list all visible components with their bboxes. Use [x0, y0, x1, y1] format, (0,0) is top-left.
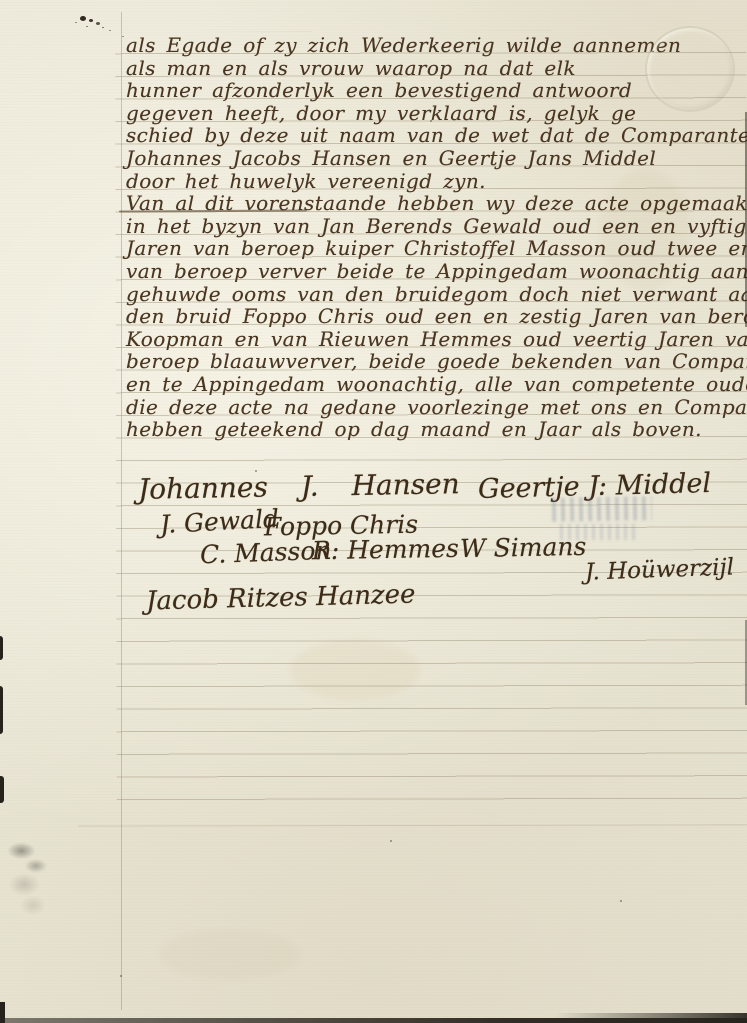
- manuscript-line: Jaren van beroep kuiper Christoffel Mass…: [126, 237, 747, 260]
- manuscript-line: in het byzyn van Jan Berends Gewald oud …: [126, 215, 747, 238]
- signature-bridegroom: Johannes J. Hansen: [138, 467, 460, 506]
- manuscript-line: gehuwde ooms van den bruidegom doch niet…: [126, 283, 747, 306]
- bleed-through-stamp: [552, 496, 652, 522]
- scan-edge-left: [0, 1002, 5, 1023]
- manuscript-line: en te Appingedam woonachtig, alle van co…: [126, 373, 747, 396]
- manuscript-line: die deze acte na gedane voorlezinge met …: [126, 396, 747, 419]
- paper-speck: [620, 900, 622, 902]
- ink-blot: [80, 16, 86, 21]
- manuscript-line: gegeven heeft, door my verklaard is, gel…: [126, 102, 636, 125]
- signature-witness-hemmes: R: Hemmes: [312, 534, 459, 566]
- scan-edge-left: [0, 686, 3, 734]
- manuscript-line: hunner afzonderlyk een bevestigend antwo…: [126, 79, 632, 102]
- manuscript-line: den bruid Foppo Chris oud een en zestig …: [126, 305, 747, 328]
- paper-speck: [390, 840, 392, 842]
- manuscript-line: schied by deze uit naam van de wet dat d…: [126, 124, 747, 147]
- paper-speck: [430, 120, 432, 122]
- paper-speck: [120, 975, 122, 977]
- manuscript-line: door het huwelyk vereenigd zyn.: [126, 170, 486, 193]
- manuscript-line: Koopman en van Rieuwen Hemmes oud veerti…: [126, 328, 747, 351]
- manuscript-line: hebben geteekend op dag maand en Jaar al…: [126, 418, 702, 441]
- scan-edge-left: [0, 636, 3, 660]
- manuscript-line: beroep blaauwverver, beide goede bekende…: [126, 350, 747, 373]
- scan-edge-left: [0, 776, 4, 803]
- manuscript-line: als Egade of zy zich Wederkeerig wilde a…: [126, 34, 681, 57]
- paper-speck: [515, 70, 517, 72]
- scan-edge-bottom-wedge: [555, 1013, 747, 1023]
- bleed-through-stamp: [560, 524, 640, 540]
- margin-line: [121, 12, 122, 1010]
- embossed-seal: [645, 26, 735, 112]
- signature-registrar: J. Hoüwerzijl: [585, 554, 735, 585]
- paper-speck: [255, 470, 257, 472]
- manuscript-line: als man en als vrouw waarop na dat elk: [126, 57, 576, 80]
- manuscript-line: Johannes Jacobs Hansen en Geertje Jans M…: [126, 147, 656, 170]
- pencil-smudge: [4, 834, 62, 918]
- scanned-manuscript-page: als Egade of zy zich Wederkeerig wilde a…: [0, 0, 747, 1023]
- manuscript-line: van beroep verver beide te Appingedam wo…: [126, 260, 747, 283]
- paper-stain: [160, 930, 300, 980]
